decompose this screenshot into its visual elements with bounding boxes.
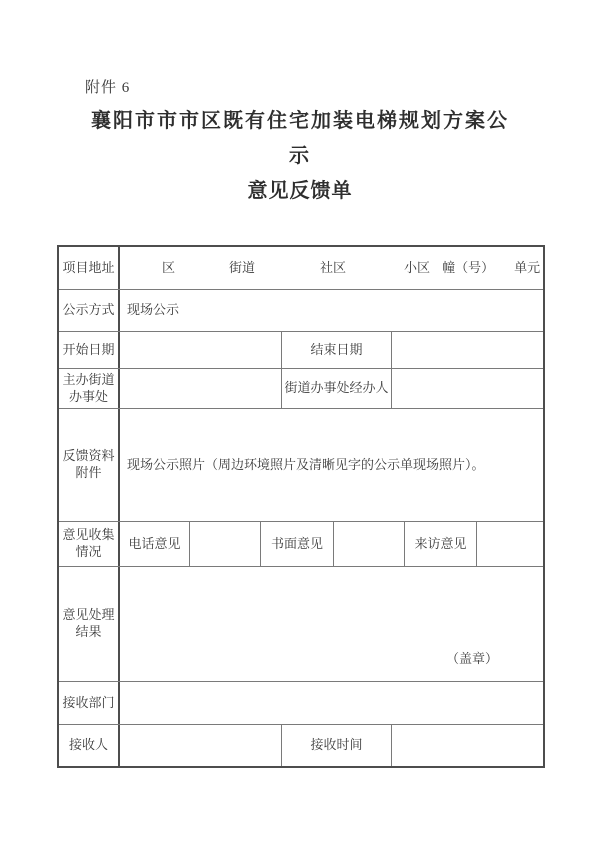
address-part-street: 街道	[229, 260, 255, 277]
row-publicity-method: 公示方式 现场公示	[59, 290, 543, 332]
row-opinion-result: 意见处理 结果 （盖章）	[59, 567, 543, 682]
host-street-office-value	[120, 369, 282, 408]
form-title-line2: 示	[0, 139, 600, 174]
receiving-time-value	[392, 725, 543, 766]
written-opinion-label: 书面意见	[261, 522, 334, 566]
visit-opinion-value	[477, 522, 543, 566]
end-date-value	[392, 332, 543, 368]
project-address-value: 区 街道 社区 小区 幢（号） 单元	[120, 247, 543, 289]
end-date-label: 结束日期	[282, 332, 392, 368]
feedback-attachment-value: 现场公示照片（周边环境照片及清晰见字的公示单现场照片）。	[120, 409, 543, 521]
opinion-result-value: （盖章）	[120, 567, 543, 681]
address-part-building: 幢（号）	[442, 260, 494, 277]
receiving-time-label: 接收时间	[282, 725, 392, 766]
row-feedback-attachment: 反馈资料 附件 现场公示照片（周边环境照片及清晰见字的公示单现场照片）。	[59, 409, 543, 522]
address-part-compound: 小区	[404, 260, 430, 277]
opinion-collection-label: 意见收集 情况	[59, 522, 120, 566]
visit-opinion-label: 来访意见	[405, 522, 477, 566]
address-part-unit: 单元	[514, 260, 540, 277]
receiver-value	[120, 725, 282, 766]
row-opinion-collection: 意见收集 情况 电话意见 书面意见 来访意见	[59, 522, 543, 567]
seal-note: （盖章）	[446, 651, 498, 668]
address-part-community: 社区	[320, 260, 346, 277]
phone-opinion-label: 电话意见	[120, 522, 190, 566]
row-street-office: 主办街道 办事处 街道办事处经办人	[59, 369, 543, 409]
attachment-label: 附件 6	[85, 76, 130, 97]
phone-opinion-value	[190, 522, 261, 566]
feedback-form-table: 项目地址 区 街道 社区 小区 幢（号） 单元 公示方式 现场公示 开始日期 结…	[57, 245, 545, 768]
row-receiving-department: 接收部门	[59, 682, 543, 725]
row-project-address: 项目地址 区 街道 社区 小区 幢（号） 单元	[59, 247, 543, 290]
street-office-agent-value	[392, 369, 543, 408]
receiving-department-label: 接收部门	[59, 682, 120, 724]
document-page: 附件 6 襄阳市市市区既有住宅加装电梯规划方案公 示 意见反馈单 项目地址 区 …	[0, 0, 600, 848]
row-dates: 开始日期 结束日期	[59, 332, 543, 369]
address-part-district: 区	[162, 260, 175, 277]
start-date-value	[120, 332, 282, 368]
opinion-result-label: 意见处理 结果	[59, 567, 120, 681]
publicity-method-label: 公示方式	[59, 290, 120, 331]
street-office-agent-label: 街道办事处经办人	[282, 369, 392, 408]
host-street-office-label: 主办街道 办事处	[59, 369, 120, 408]
receiving-department-value	[120, 682, 543, 724]
row-receiver: 接收人 接收时间	[59, 725, 543, 766]
written-opinion-value	[334, 522, 405, 566]
publicity-method-value: 现场公示	[120, 290, 543, 331]
start-date-label: 开始日期	[59, 332, 120, 368]
form-subtitle: 意见反馈单	[0, 176, 600, 206]
feedback-attachment-label: 反馈资料 附件	[59, 409, 120, 521]
project-address-label: 项目地址	[59, 247, 120, 289]
receiver-label: 接收人	[59, 725, 120, 766]
form-title: 襄阳市市市区既有住宅加装电梯规划方案公 示	[0, 104, 600, 174]
form-title-line1: 襄阳市市市区既有住宅加装电梯规划方案公	[0, 104, 600, 139]
